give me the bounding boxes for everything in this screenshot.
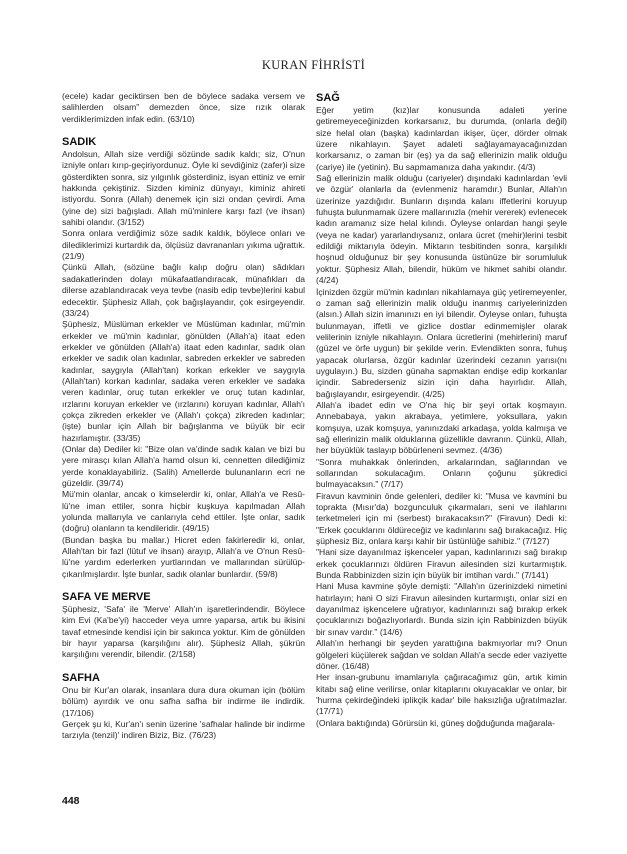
verse-paragraph: Sağ ellerinizin malik olduğu (cariyeler)… <box>316 173 567 286</box>
entry-title: SAĞ <box>316 91 567 105</box>
verse-paragraph: Firavun kavminin önde gelenleri, dediler… <box>316 491 567 548</box>
page-header: KURAN FİHRİSTİ <box>0 58 627 73</box>
verse-paragraph: "Sonra muhakkak önlerinden, arkalarından… <box>316 457 567 491</box>
entry-safa-ve-merve: SAFA VE MERVE Şüphesiz, 'Safa' ile 'Merv… <box>62 590 305 661</box>
verse-paragraph: "Hani size dayanılmaz işkenceler yapan, … <box>316 547 567 581</box>
right-column: SAĞ Eğer yetim (kız)lar konusunda adalet… <box>316 91 567 729</box>
running-title: KURAN FİHRİSTİ <box>262 58 365 72</box>
verse-paragraph: Onu bir Kur'an olarak, insanlara dura du… <box>62 685 305 719</box>
entry-safha: SAFHA Onu bir Kur'an olarak, insanlara d… <box>62 671 305 742</box>
entry-title: SAFHA <box>62 671 305 685</box>
entry-title: SAFA VE MERVE <box>62 590 305 604</box>
left-column: (ecele) kadar geciktirsen ben de böylece… <box>62 91 305 742</box>
verse-paragraph: Hani Musa kavmine şöyle demişti: "Allah'… <box>316 581 567 638</box>
verse-paragraph: Mü'min olanlar, ancak o kimselerdir ki, … <box>62 489 305 534</box>
verse-paragraph: Şüphesiz, 'Safa' ile 'Merve' Allah'ın iş… <box>62 604 305 661</box>
verse-paragraph: Çünkü Allah, (sözüne bağlı kalıp doğru o… <box>62 262 305 319</box>
continuation-paragraph: (ecele) kadar geciktirsen ben de böylece… <box>62 91 305 125</box>
entry-sadik: SADIK Andolsun, Allah size verdiği sözün… <box>62 135 305 580</box>
verse-paragraph: (Onlar da) Dediler ki: "Bize olan va'din… <box>62 444 305 489</box>
verse-paragraph: Andolsun, Allah size verdiği sözünde sad… <box>62 149 305 228</box>
verse-paragraph: İçinizden özgür mü'min kadınları nikahla… <box>316 287 567 400</box>
entry-sag: SAĞ Eğer yetim (kız)lar konusunda adalet… <box>316 91 567 729</box>
verse-paragraph: (Onlara baktığında) Görürsün ki, güneş d… <box>316 718 567 729</box>
verse-paragraph: Şüphesiz, Müslüman erkekler ve Müslüman … <box>62 319 305 444</box>
verse-paragraph: Eğer yetim (kız)lar konusunda adaleti ye… <box>316 105 567 173</box>
verse-paragraph: Allah'ın herhangi bir şeyden yarattığına… <box>316 638 567 672</box>
verse-paragraph: (Bundan başka bu mallar.) Hicret eden fa… <box>62 535 305 580</box>
verse-paragraph: Gerçek şu ki, Kur'an'ı senin üzerine 'sa… <box>62 719 305 742</box>
page-number: 448 <box>62 795 80 807</box>
verse-paragraph: Her insan-grubunu imamlarıyla çağıracağı… <box>316 672 567 717</box>
verse-paragraph: Allah'a ibadet edin ve O'na hiç bir şeyi… <box>316 400 567 457</box>
entry-title: SADIK <box>62 135 305 149</box>
verse-paragraph: Sonra onlara verdiğimiz söze sadık kaldı… <box>62 228 305 262</box>
